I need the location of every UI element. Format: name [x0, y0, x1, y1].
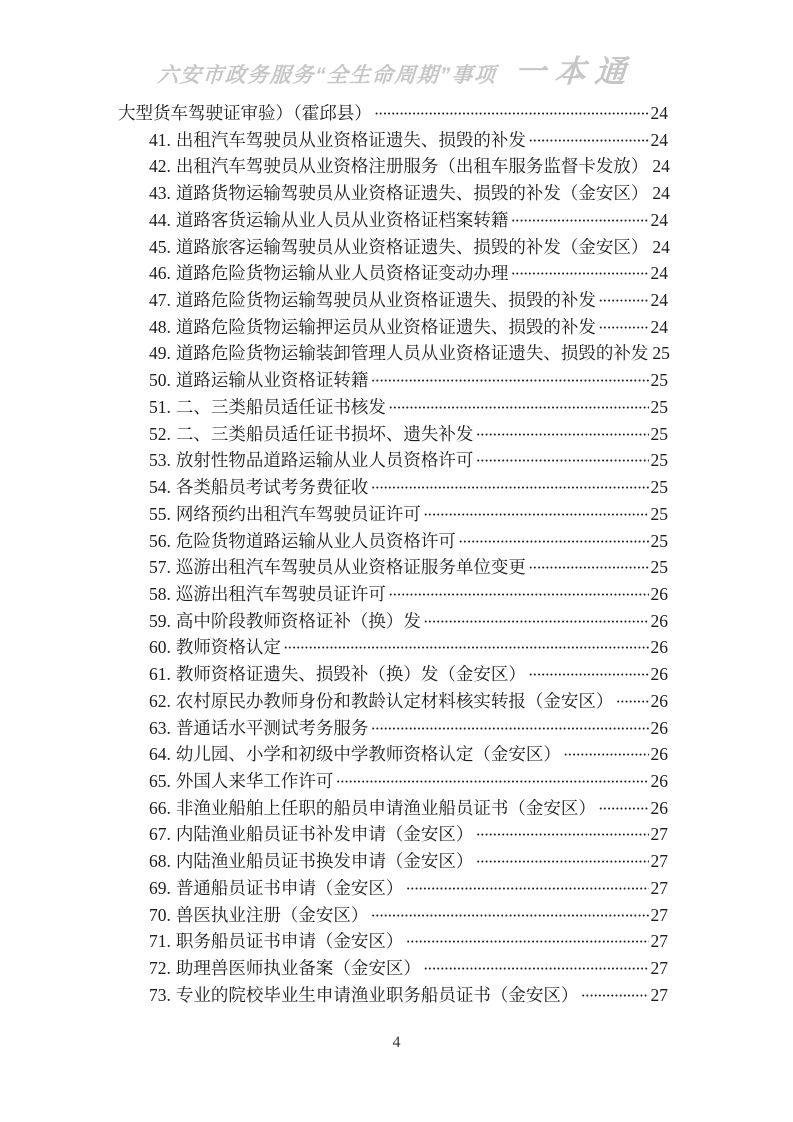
toc-item-title: 内陆渔业船员证书换发申请（金安区）: [176, 848, 474, 875]
footer-page-number: 4: [393, 1034, 401, 1051]
toc-row: 47. 道路危险货物运输驾驶员从业资格证遗失、损毁的补发 ···········…: [118, 287, 668, 314]
toc-item-page-number: 24: [652, 234, 670, 261]
toc-row: 62. 农村原民办教师身份和教龄认定材料核实转报（金安区） ··········…: [118, 688, 668, 715]
toc-list: 大型货车驾驶证审验）（霍邱县） ························…: [118, 100, 668, 1008]
toc-item-page-number: 25: [652, 340, 670, 367]
toc-item-title: 出租汽车驾驶员从业资格证遗失、损毁的补发: [176, 127, 526, 154]
toc-row: 46. 道路危险货物运输从业人员资格证变动办理 ················…: [118, 260, 668, 287]
toc-row: 50. 道路运输从业资格证转籍 ························…: [118, 367, 668, 394]
dot-leader: ········································…: [598, 796, 649, 823]
header-title-accent: 一本通: [514, 54, 636, 89]
toc-item-page-number: 26: [651, 741, 669, 768]
toc-row: 45. 道路旅客运输驾驶员从业资格证遗失、损毁的补发（金安区） ········…: [118, 234, 668, 261]
dot-leader: ········································…: [335, 769, 648, 796]
toc-row: 70. 兽医执业注册（金安区） ························…: [118, 902, 668, 929]
toc-item-page-number: 25: [651, 447, 669, 474]
toc-row: 51. 二、三类船员适任证书核发 ·······················…: [118, 394, 668, 421]
dot-leader: ········································…: [458, 529, 649, 556]
toc-item-title: 教师资格证遗失、损毁补（换）发（金安区）: [176, 661, 526, 688]
toc-row: 41. 出租汽车驾驶员从业资格证遗失、损毁的补发 ···············…: [118, 127, 668, 154]
toc-item-page-number: 26: [651, 634, 669, 661]
toc-item-title: 助理兽医师执业备案（金安区）: [176, 955, 421, 982]
toc-item-number: 46.: [149, 260, 171, 287]
toc-item-number: 68.: [149, 848, 171, 875]
toc-item-number: 48.: [149, 314, 171, 341]
dot-leader: ········································…: [423, 502, 649, 529]
toc-item-page-number: 26: [651, 688, 669, 715]
dot-leader: ········································…: [528, 128, 649, 155]
dot-leader: ········································…: [370, 716, 648, 743]
toc-item-title: 职务船员证书申请（金安区）: [176, 928, 404, 955]
toc-item-page-number: 26: [651, 795, 669, 822]
toc-item-title: 农村原民办教师身份和教龄认定材料核实转报（金安区）: [176, 688, 614, 715]
toc-item-title: 高中阶段教师资格证补（换）发: [176, 608, 421, 635]
toc-item-title: 巡游出租汽车驾驶员证许可: [176, 581, 386, 608]
toc-row: 42. 出租汽车驾驶员从业资格注册服务（出租车服务监督卡发放） ········…: [118, 153, 668, 180]
toc-item-number: 47.: [149, 287, 171, 314]
dot-leader: ········································…: [475, 822, 648, 849]
toc-item-number: 55.: [149, 501, 171, 528]
toc-item-page-number: 24: [652, 180, 670, 207]
dot-leader: ········································…: [423, 956, 649, 983]
toc-row: 54. 各类船员考试考务费征收 ························…: [118, 474, 668, 501]
toc-row: 60. 教师资格认定 ·····························…: [118, 634, 668, 661]
dot-leader: ········································…: [598, 288, 649, 315]
toc-row: 69. 普通船员证书申请（金安区） ······················…: [118, 875, 668, 902]
dot-leader: ········································…: [388, 582, 649, 609]
toc-item-page-number: 27: [651, 848, 669, 875]
toc-row: 49. 道路危险货物运输装卸管理人员从业资格证遗失、损毁的补发 ········…: [118, 340, 668, 367]
toc-item-title: 外国人来华工作许可: [176, 768, 334, 795]
toc-item-title: 二、三类船员适任证书损坏、遗失补发: [176, 421, 474, 448]
toc-item-number: 72.: [149, 955, 171, 982]
dot-leader: ········································…: [528, 555, 649, 582]
toc-item-page-number: 24: [651, 260, 669, 287]
toc-item-number: 57.: [149, 554, 171, 581]
toc-item-number: 41.: [149, 127, 171, 154]
toc-item-number: 45.: [149, 234, 171, 261]
toc-item-page-number: 24: [651, 207, 669, 234]
toc-item-title: 网络预约出租汽车驾驶员证许可: [176, 501, 421, 528]
toc-row: 65. 外国人来华工作许可 ··························…: [118, 768, 668, 795]
toc-item-page-number: 27: [651, 955, 669, 982]
toc-item-title: 道路危险货物运输装卸管理人员从业资格证遗失、损毁的补发: [176, 340, 649, 367]
toc-item-title: 各类船员考试考务费征收: [176, 474, 369, 501]
toc-row: 59. 高中阶段教师资格证补（换）发 ·····················…: [118, 608, 668, 635]
toc-item-number: 50.: [149, 367, 171, 394]
toc-item-page-number: 27: [651, 821, 669, 848]
toc-item-page-number: 24: [652, 153, 670, 180]
toc-item-title: 道路危险货物运输驾驶员从业资格证遗失、损毁的补发: [176, 287, 596, 314]
toc-item-page-number: 26: [651, 715, 669, 742]
toc-item-number: 70.: [149, 902, 171, 929]
toc-item-title: 危险货物道路运输从业人员资格许可: [176, 528, 456, 555]
page-footer: 4: [0, 1034, 793, 1052]
toc-item-page-number: 25: [651, 528, 669, 555]
toc-row: 63. 普通话水平测试考务服务 ························…: [118, 715, 668, 742]
dot-leader: ········································…: [528, 662, 649, 689]
toc-item-number: 65.: [149, 768, 171, 795]
toc-item-number: 52.: [149, 421, 171, 448]
toc-item-page-number: 24: [651, 100, 669, 127]
toc-item-page-number: 27: [651, 982, 669, 1009]
toc-item-number: 56.: [149, 528, 171, 555]
toc-item-number: 61.: [149, 661, 171, 688]
toc-item-title: 道路危险货物运输从业人员资格证变动办理: [176, 260, 509, 287]
dot-leader: ········································…: [283, 635, 649, 662]
toc-item-title: 普通船员证书申请（金安区）: [176, 875, 404, 902]
toc-row: 64. 幼儿园、小学和初级中学教师资格认定（金安区） ·············…: [118, 741, 668, 768]
toc-row: 73. 专业的院校毕业生申请渔业职务船员证书（金安区） ············…: [118, 982, 668, 1009]
toc-item-title: 非渔业船舶上任职的船员申请渔业船员证书（金安区）: [176, 795, 596, 822]
toc-item-title: 大型货车驾驶证审验）（霍邱县）: [118, 100, 372, 127]
dot-leader: ········································…: [580, 983, 648, 1010]
toc-item-title: 内陆渔业船员证书补发申请（金安区）: [176, 821, 474, 848]
dot-leader: ········································…: [475, 422, 648, 449]
toc-item-number: 67.: [149, 821, 171, 848]
toc-item-title: 兽医执业注册（金安区）: [176, 902, 369, 929]
toc-row: 57. 巡游出租汽车驾驶员从业资格证服务单位变更 ···············…: [118, 554, 668, 581]
dot-leader: ········································…: [475, 448, 648, 475]
toc-item-number: 62.: [149, 688, 171, 715]
toc-item-title: 出租汽车驾驶员从业资格注册服务（出租车服务监督卡发放）: [176, 153, 649, 180]
toc-item-page-number: 25: [651, 367, 669, 394]
toc-item-title: 放射性物品道路运输从业人员资格许可: [176, 447, 474, 474]
toc-item-number: 43.: [149, 180, 171, 207]
toc-item-number: 63.: [149, 715, 171, 742]
toc-row: 53. 放射性物品道路运输从业人员资格许可 ··················…: [118, 447, 668, 474]
toc-row: 55. 网络预约出租汽车驾驶员证许可 ·····················…: [118, 501, 668, 528]
toc-item-number: 71.: [149, 928, 171, 955]
toc-item-page-number: 27: [651, 928, 669, 955]
toc-row: 43. 道路货物运输驾驶员从业资格证遗失、损毁的补发（金安区） ········…: [118, 180, 668, 207]
dot-leader: ········································…: [388, 395, 649, 422]
toc-item-number: 53.: [149, 447, 171, 474]
toc-item-page-number: 24: [651, 287, 669, 314]
toc-item-title: 幼儿园、小学和初级中学教师资格认定（金安区）: [176, 741, 561, 768]
dot-leader: ········································…: [370, 368, 648, 395]
toc-item-page-number: 25: [651, 554, 669, 581]
toc-item-number: 54.: [149, 474, 171, 501]
toc-item-number: 44.: [149, 207, 171, 234]
toc-item-number: 51.: [149, 394, 171, 421]
toc-item-number: 58.: [149, 581, 171, 608]
toc-item-title: 道路客货运输从业人员从业资格证档案转籍: [176, 207, 509, 234]
toc-row: 56. 危险货物道路运输从业人员资格许可 ···················…: [118, 528, 668, 555]
toc-item-number: 73.: [149, 982, 171, 1009]
toc-item-page-number: 25: [651, 394, 669, 421]
dot-leader: ········································…: [405, 929, 648, 956]
toc-item-page-number: 25: [651, 421, 669, 448]
toc-item-page-number: 25: [651, 501, 669, 528]
toc-item-page-number: 27: [651, 875, 669, 902]
dot-leader: ········································…: [563, 742, 649, 769]
dot-leader: ········································…: [475, 849, 648, 876]
toc-row: 61. 教师资格证遗失、损毁补（换）发（金安区） ···············…: [118, 661, 668, 688]
toc-item-number: 64.: [149, 741, 171, 768]
toc-row: 71. 职务船员证书申请（金安区） ······················…: [118, 928, 668, 955]
toc-item-page-number: 26: [651, 768, 669, 795]
dot-leader: ········································…: [510, 208, 648, 235]
toc-item-page-number: 26: [651, 608, 669, 635]
toc-item-title: 道路危险货物运输押运员从业资格证遗失、损毁的补发: [176, 314, 596, 341]
toc-row: 大型货车驾驶证审验）（霍邱县） ························…: [118, 100, 668, 127]
dot-leader: ········································…: [615, 689, 648, 716]
toc-item-page-number: 26: [651, 581, 669, 608]
dot-leader: ········································…: [423, 609, 649, 636]
dot-leader: ········································…: [405, 876, 648, 903]
dot-leader: ········································…: [374, 101, 649, 128]
dot-leader: ········································…: [510, 261, 648, 288]
dot-leader: ········································…: [370, 903, 648, 930]
dot-leader: ········································…: [598, 315, 649, 342]
toc-item-number: 69.: [149, 875, 171, 902]
toc-row: 48. 道路危险货物运输押运员从业资格证遗失、损毁的补发 ···········…: [118, 314, 668, 341]
toc-row: 66. 非渔业船舶上任职的船员申请渔业船员证书（金安区） ···········…: [118, 795, 668, 822]
header-title-main: 六安市政务服务“全生命周期”事项: [157, 64, 498, 87]
toc-item-number: 42.: [149, 153, 171, 180]
toc-row: 67. 内陆渔业船员证书补发申请（金安区） ··················…: [118, 821, 668, 848]
toc-item-title: 教师资格认定: [176, 634, 281, 661]
toc-item-title: 巡游出租汽车驾驶员从业资格证服务单位变更: [176, 554, 526, 581]
toc-row: 52. 二、三类船员适任证书损坏、遗失补发 ··················…: [118, 421, 668, 448]
toc-item-number: 66.: [149, 795, 171, 822]
toc-item-page-number: 24: [651, 127, 669, 154]
toc-item-title: 道路货物运输驾驶员从业资格证遗失、损毁的补发（金安区）: [176, 180, 649, 207]
toc-item-title: 二、三类船员适任证书核发: [176, 394, 386, 421]
toc-row: 44. 道路客货运输从业人员从业资格证档案转籍 ················…: [118, 207, 668, 234]
toc-item-page-number: 27: [651, 902, 669, 929]
toc-item-number: 59.: [149, 608, 171, 635]
toc-row: 72. 助理兽医师执业备案（金安区） ·····················…: [118, 955, 668, 982]
toc-row: 58. 巡游出租汽车驾驶员证许可 ·······················…: [118, 581, 668, 608]
page-header: 六安市政务服务“全生命周期”事项一本通: [0, 46, 793, 91]
toc-item-number: 49.: [149, 340, 171, 367]
toc-item-title: 道路运输从业资格证转籍: [176, 367, 369, 394]
toc-row: 68. 内陆渔业船员证书换发申请（金安区） ··················…: [118, 848, 668, 875]
toc-item-page-number: 24: [651, 314, 669, 341]
toc-item-title: 道路旅客运输驾驶员从业资格证遗失、损毁的补发（金安区）: [176, 234, 649, 261]
toc-item-title: 普通话水平测试考务服务: [176, 715, 369, 742]
toc-item-number: 60.: [149, 634, 171, 661]
dot-leader: ········································…: [370, 475, 648, 502]
toc-item-page-number: 25: [651, 474, 669, 501]
toc-item-title: 专业的院校毕业生申请渔业职务船员证书（金安区）: [176, 982, 579, 1009]
toc-item-page-number: 26: [651, 661, 669, 688]
